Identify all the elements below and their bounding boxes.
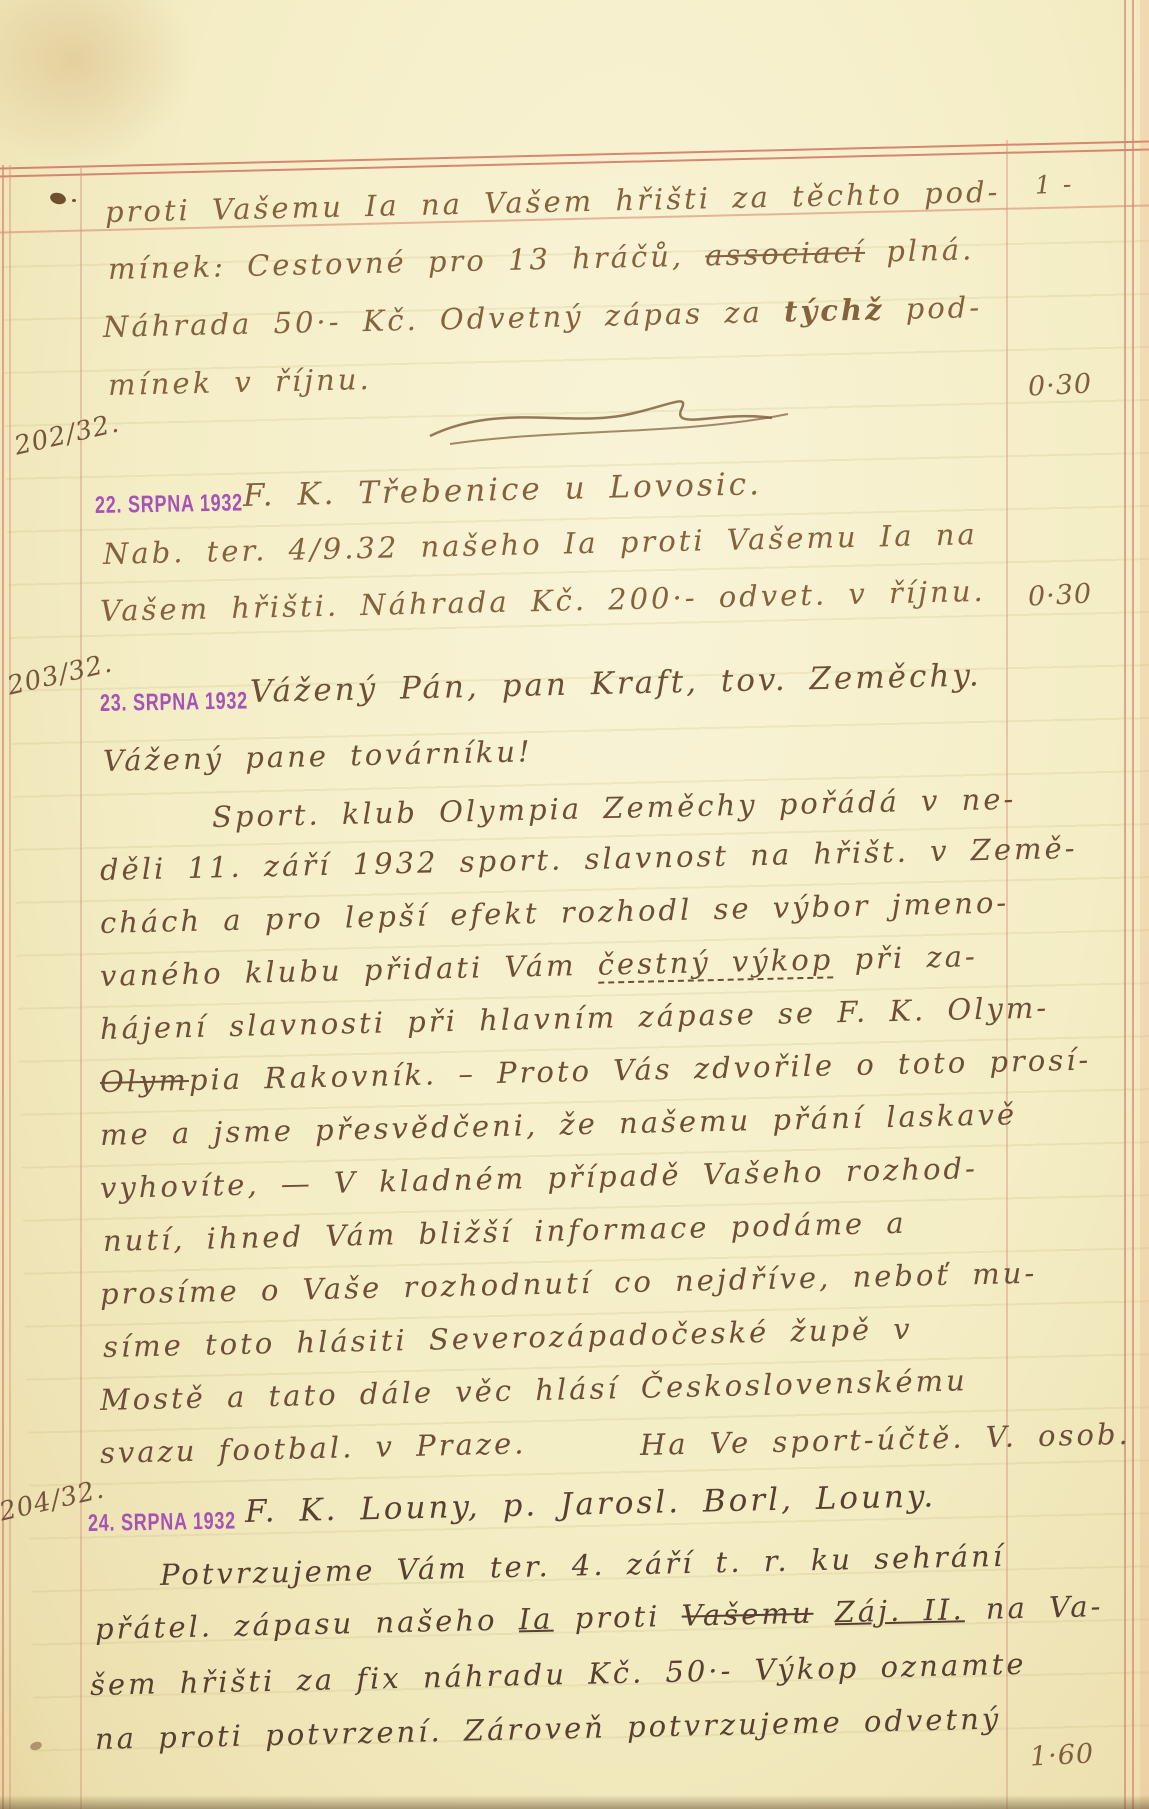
page-number: 1 - [1035,169,1074,199]
ink-blot [49,191,67,206]
crossed-out-word: Vašemu [681,1596,814,1633]
scan-right-edge [1140,0,1149,1809]
crossed-out-word: Olym [100,1063,190,1099]
line-text: při za- [833,939,978,976]
underlined-word: Ia [518,1602,554,1637]
ledger-page: 1 - proti Vašemu Ia na Vašem hřišti za t… [0,0,1149,1809]
scan-bottom-edge [0,1795,1149,1809]
amount-note: 0·30 [1027,578,1093,612]
amount-note: 1·60 [1029,1738,1095,1772]
line-text [813,1595,835,1629]
left-edge-rule-2 [9,165,11,1809]
handwritten-line: mínek v říjnu. [108,362,372,402]
underlined-phrase: čestný výkop [597,942,833,983]
date-stamp: 24. SRPNA 1932 [88,1507,236,1538]
margin-rule [80,168,82,1809]
signature-flourish [420,388,800,452]
date-stamp: 23. SRPNA 1932 [100,687,248,718]
line-text: proti [553,1599,682,1636]
line-text: pod- [884,290,982,326]
line-text: na Va- [964,1589,1104,1626]
right-double-rule-2 [1132,0,1134,1809]
left-edge-rule-1 [2,165,4,1809]
underlined-phrase: Záj. II. [834,1592,965,1629]
amount-note: 0·30 [1027,368,1093,402]
right-double-rule-1 [1124,0,1126,1809]
ink-speck [72,199,76,202]
emphasized-word: týchž [784,292,885,328]
date-stamp: 22. SRPNA 1932 [95,489,243,520]
crossed-out-word: associací [705,235,866,273]
corner-smudge [0,0,195,165]
amount-column-rule [1006,140,1008,1809]
line-text: plná. [865,232,975,268]
